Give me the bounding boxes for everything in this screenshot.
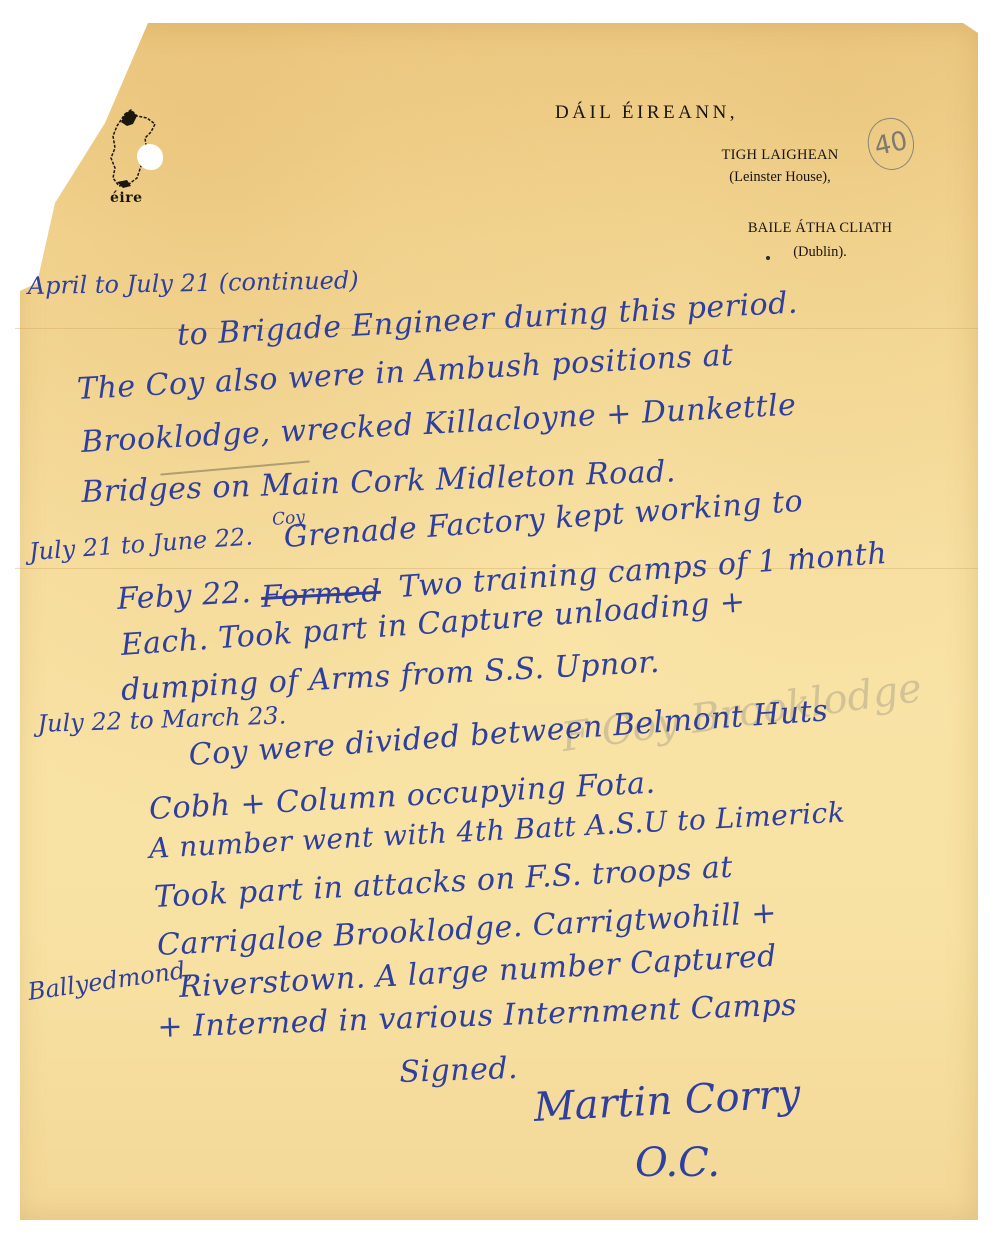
rank-abbreviation: O.C.	[635, 1140, 720, 1186]
ink-speck	[766, 256, 770, 260]
letterhead-building-irish: TIGH LAIGHEAN	[680, 147, 880, 164]
letterhead-building-english: (Leinster House),	[680, 169, 880, 186]
letterhead-title: DÁIL ÉIREANN,	[555, 102, 738, 124]
struck-out-word: Formed	[260, 574, 382, 615]
signed-label: Signed.	[399, 1051, 519, 1090]
section-heading: April to July 21 (continued)	[28, 266, 359, 300]
ink-speck	[800, 548, 803, 553]
punch-hole	[137, 144, 163, 170]
handwritten-line: Feby 22.	[116, 575, 252, 617]
letterhead-city-irish: BAILE ÁTHA CLIATH	[720, 220, 920, 237]
crest-label: éire	[110, 190, 143, 206]
letterhead-city-english: (Dublin).	[720, 244, 920, 261]
